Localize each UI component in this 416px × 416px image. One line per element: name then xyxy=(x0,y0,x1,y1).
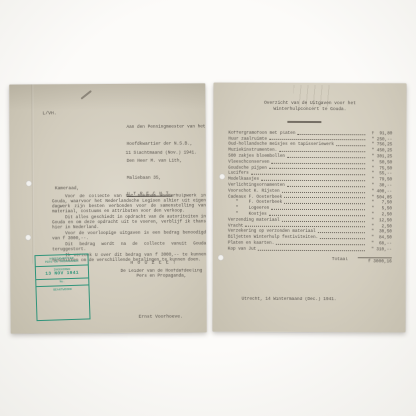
punch-hole xyxy=(219,174,225,180)
dot-leader xyxy=(269,167,365,169)
expense-list-page: Overzicht van de Uitgaven voor het Winte… xyxy=(212,83,406,333)
expense-row: Verzekering op verzonden materiaal" 30,5… xyxy=(228,228,392,235)
dot-leader xyxy=(287,156,365,158)
sender-role-line: Pers en Propaganda, xyxy=(106,274,216,280)
closing-slogan: H O U Z E E ! xyxy=(130,261,176,266)
dot-leader xyxy=(276,243,365,245)
salutation: Kameraad, xyxy=(55,186,79,191)
stamp-answered-line: BEANTWOORD xyxy=(36,286,88,294)
dot-leader xyxy=(282,190,365,192)
recipient-line: Aan den Penningmeester van het xyxy=(126,125,205,131)
dot-leader xyxy=(245,225,365,228)
expense-row: Biljetten Winterhulp festiviteiten." 84,… xyxy=(228,234,392,241)
signature: Ernst Voorhoeve. xyxy=(139,315,183,320)
dot-leader xyxy=(284,202,365,204)
reference-number: L/VH. xyxy=(42,111,56,116)
stamp-date: 13 NOV 1941 xyxy=(37,271,87,278)
list-date-line: Utrecht, 14 Wintermaand (Dec.) 1941. xyxy=(242,297,337,302)
dot-leader xyxy=(318,231,365,233)
expense-list: Koffergramofoon met platenf 91,80 Huur z… xyxy=(228,130,393,252)
expense-row: Oud-hollandsche meisjes en tapisseriewer… xyxy=(228,141,392,148)
letter-date-line: 11 Slachtmaand (Nov.) 1941. xyxy=(126,150,197,155)
photo-background: L/VH. Aan den Penningmeester van het Hoo… xyxy=(0,0,416,416)
recipient-line: Den Heer M. van Lith, xyxy=(127,158,206,164)
dot-leader xyxy=(271,161,365,163)
list-title: Overzicht van de Uitgaven voor het Winte… xyxy=(213,101,406,113)
sender-role: De Leider van de Hoofdafdeeling Pers en … xyxy=(106,268,216,279)
received-stamp: HOOFDKWARTIER PERS EN PROPAGANDA INGEKOM… xyxy=(34,253,90,321)
vertical-crease xyxy=(31,84,34,263)
dot-leader xyxy=(258,248,365,250)
total-row: Totaal f 3000,16 xyxy=(228,257,392,265)
recipient-line: Hoofdkwartier der N.S.B., xyxy=(127,141,206,147)
punch-hole xyxy=(25,234,31,240)
dot-leader xyxy=(284,196,365,198)
dot-leader xyxy=(261,179,365,181)
page-top-shading xyxy=(9,83,205,110)
title-underline xyxy=(287,121,321,123)
dot-leader xyxy=(282,219,365,221)
punch-hole xyxy=(26,180,32,186)
letter-paragraph: Dit alles geschiedt in opdracht van de a… xyxy=(52,214,206,230)
recipient-line: Maliebaan 35, xyxy=(127,175,206,181)
letter-paragraph: Voor de collecte van het bekende Winterh… xyxy=(52,193,206,214)
dot-leader xyxy=(251,173,365,175)
dot-leader xyxy=(279,150,365,152)
left-letter-page: L/VH. Aan den Penningmeester van het Hoo… xyxy=(9,83,207,333)
dot-leader xyxy=(336,144,365,146)
letter-paragraph: Voor de voorloopige uitgaven is een bedr… xyxy=(52,230,206,241)
punch-hole xyxy=(218,255,224,261)
dot-leader xyxy=(269,214,365,216)
total-amount: f 3000,16 xyxy=(358,257,392,264)
dot-leader xyxy=(269,138,365,140)
expense-row: Kop van Jut" 310,-- xyxy=(228,246,392,253)
total-label: Totaal xyxy=(332,257,348,264)
dot-leader xyxy=(271,208,365,210)
dot-leader xyxy=(297,133,365,135)
letter-paragraph: Dit bedrag wordt na de collecte vanuit G… xyxy=(52,241,206,252)
dot-leader xyxy=(320,237,365,239)
dot-leader xyxy=(287,185,365,187)
list-title-line: Winterhulpconcert te Gouda. xyxy=(213,106,406,112)
